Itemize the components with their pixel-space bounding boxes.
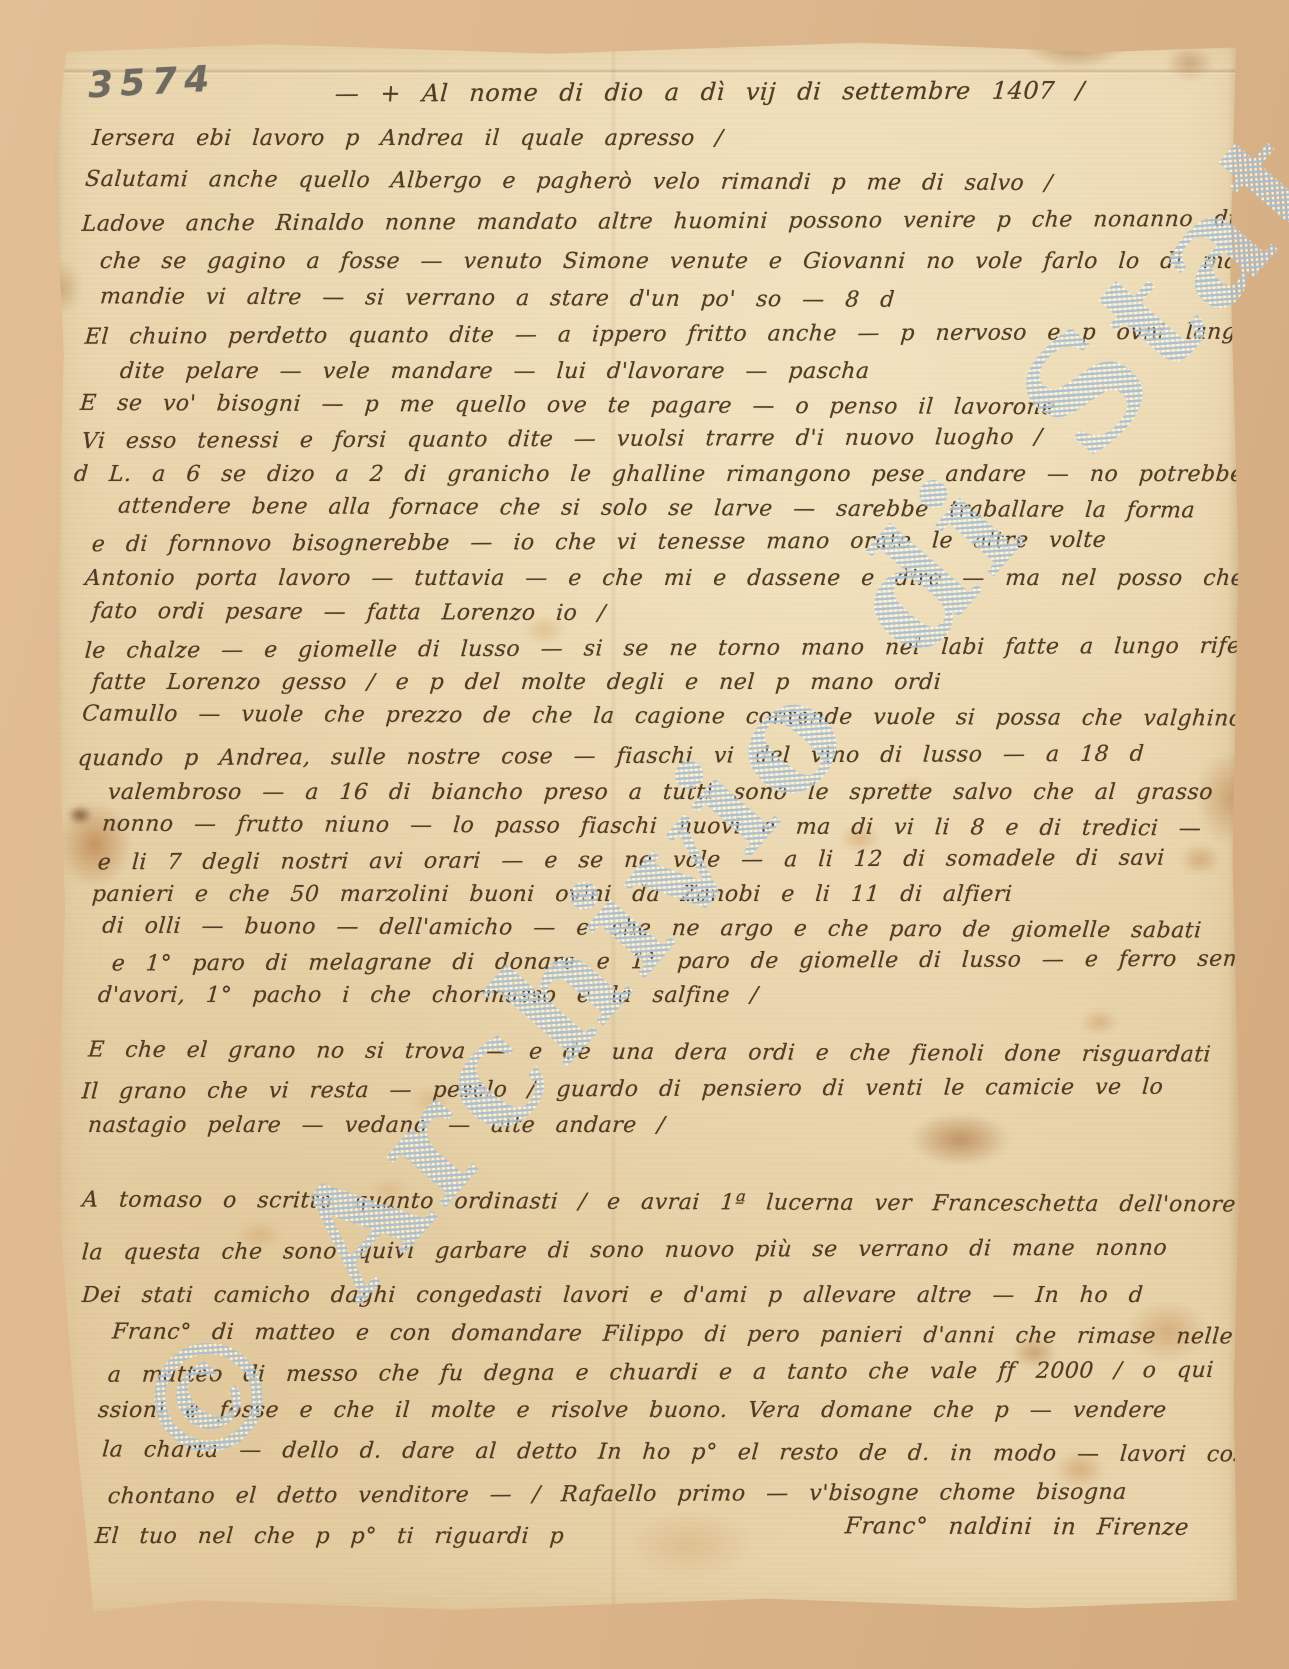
manuscript-line: attendere bene alla fornace che si solo … bbox=[117, 494, 1196, 524]
handwriting-layer: — + Al nome di dio a dì vij di settembre… bbox=[52, 38, 1242, 1616]
manuscript-line: dite pelare — vele mandare — lui d'lavor… bbox=[119, 359, 870, 384]
manuscript-line: chontano el detto venditore — / Rafaello… bbox=[107, 1480, 1128, 1509]
manuscript-line: quando p Andrea, sulle nostre cose — fia… bbox=[77, 742, 1145, 772]
manuscript-line: le chalze — e giomelle di lusso — si se … bbox=[84, 633, 1242, 663]
manuscript-line: mandie vi altre — si verrano a stare d'u… bbox=[99, 284, 895, 312]
manuscript-line: El tuo nel che p p° ti riguardi p bbox=[94, 1524, 565, 1549]
manuscript-line: di olli — buono — dell'amicho — e che ne… bbox=[101, 914, 1202, 944]
manuscript-line: e di fornnovo bisognerebbe — io che vi t… bbox=[91, 528, 1107, 557]
manuscript-line: Salutami anche quello Albergo e pagherò … bbox=[84, 167, 1053, 196]
manuscript-line: nonno — frutto niuno — lo passo fiaschi … bbox=[101, 812, 1202, 842]
manuscript-line: la questa che sono quivi garbare di sono… bbox=[81, 1236, 1168, 1266]
manuscript-line: E che el grano no si trova — e de una de… bbox=[87, 1038, 1212, 1068]
manuscript-line: Antonio porta lavoro — tuttavia — e che … bbox=[84, 566, 1242, 591]
signature-line: Franc° naldini in Firenze bbox=[844, 1513, 1190, 1541]
manuscript-line: ssioni e fosse e che il molte e risolve … bbox=[97, 1398, 1167, 1423]
stain bbox=[827, 38, 897, 43]
manuscript-line: valembroso — a 16 di biancho preso a tut… bbox=[107, 780, 1214, 805]
manuscript-line: fato ordi pesare — fatta Lorenzo io / bbox=[91, 599, 607, 626]
manuscript-line: a matteo di messo che fu degna e chuardi… bbox=[107, 1357, 1242, 1387]
manuscript-line: d L. a 6 se dizo a 2 di granicho le ghal… bbox=[73, 462, 1242, 487]
manuscript-line: che se gagino a fosse — venuto Simone ve… bbox=[99, 249, 1242, 274]
manuscript-line: la charta — dello d. dare al detto In ho… bbox=[101, 1437, 1242, 1467]
manuscript-line: Camullo — vuole che prezzo de che la cag… bbox=[81, 701, 1242, 731]
manuscript-line: A tomaso o scritto quanto ordinasti / e … bbox=[81, 1187, 1237, 1217]
manuscript-line: Ladove anche Rinaldo nonne mandato altre… bbox=[81, 206, 1242, 237]
manuscript-line: fatte Lorenzo gesso / e p del molte degl… bbox=[91, 670, 942, 695]
manuscript-line: Franc° di matteo e con domandare Filippo… bbox=[111, 1320, 1234, 1350]
manuscript-line: Dei stati camicho daghi congedasti lavor… bbox=[81, 1283, 1144, 1308]
dateline: — + Al nome di dio a dì vij di settembre… bbox=[334, 76, 1086, 107]
manuscript-line: nastagio pelare — vedano — alte andare / bbox=[87, 1113, 666, 1138]
archive-number: 3574 bbox=[87, 59, 217, 107]
manuscript-line: El chuino perdetto quanto dite — a ipper… bbox=[84, 319, 1242, 349]
scanned-manuscript-page: { "page": { "background_color": "#dcb68c… bbox=[0, 0, 1289, 1669]
manuscript-line: e 1° paro di melagrane di donare e 1° pa… bbox=[111, 946, 1242, 976]
manuscript-line: Il grano che vi resta — pesolo / guardo … bbox=[81, 1075, 1164, 1105]
manuscript-line: Iersera ebi lavoro p Andrea il quale apr… bbox=[91, 126, 724, 151]
manuscript-line: d'avori, 1° pacho i che chormasso e la s… bbox=[97, 983, 759, 1008]
manuscript-line: panieri e che 50 marzolini buoni ovini d… bbox=[91, 882, 1013, 907]
manuscript-paper: — + Al nome di dio a dì vij di settembre… bbox=[52, 38, 1242, 1616]
manuscript-line: e li 7 degli nostri avi orari — e se ne … bbox=[97, 846, 1166, 876]
manuscript-line: Vi esso tenessi e forsi quanto dite — vu… bbox=[81, 425, 1043, 454]
manuscript-line: E se vo' bisogni — p me quello ove te pa… bbox=[79, 391, 1055, 420]
